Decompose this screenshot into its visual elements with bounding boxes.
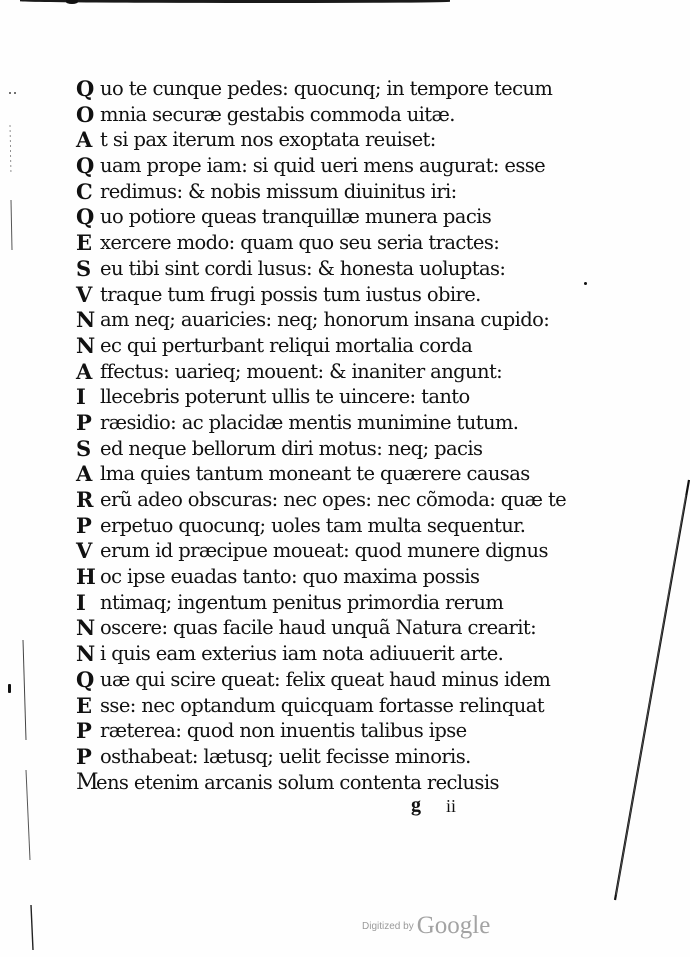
line-text: uo te cunque pedes: quocunq; in tempore …	[100, 76, 552, 102]
line-text: oscere: quas facile haud unquã Natura cr…	[100, 615, 536, 641]
text-line: Sed neque bellorum diri motus: neq; paci…	[76, 436, 596, 462]
text-line: Rerũ adeo obscuras: nec opes: nec cõmoda…	[76, 487, 596, 513]
scanned-book-page: Quo te cunque pedes: quocunq; in tempore…	[0, 0, 690, 957]
line-initial: N	[76, 333, 98, 359]
text-line: Posthabeat: lætusq; uelit fecisse minori…	[76, 744, 596, 770]
scan-speck	[8, 684, 11, 693]
line-text: ræterea: quod non inuentis talibus ipse	[100, 718, 467, 744]
line-initial: P	[76, 718, 98, 744]
line-text: eu tibi sint cordi lusus: & honesta uolu…	[100, 256, 505, 282]
line-text: lma quies tantum moneant te quærere caus…	[100, 461, 530, 487]
digitized-by-watermark: Digitized byGoogle	[362, 912, 490, 940]
line-initial: A	[76, 461, 98, 487]
line-text: osthabeat: lætusq; uelit fecisse minoris…	[100, 744, 471, 770]
line-text: ræsidio: ac placidæ mentis munimine tutu…	[100, 410, 518, 436]
line-initial: I	[76, 590, 98, 616]
line-initial: P	[76, 513, 98, 539]
line-initial: Q	[76, 667, 98, 693]
line-text: ec qui perturbant reliqui mortalia corda	[100, 333, 472, 359]
line-initial: C	[76, 179, 98, 205]
text-line: Quæ qui scire queat: felix queat haud mi…	[76, 667, 596, 693]
line-text: llecebris poterunt ullis te uincere: tan…	[100, 384, 470, 410]
text-line: Quo potiore queas tranquillæ munera paci…	[76, 204, 596, 230]
line-initial: N	[76, 641, 98, 667]
line-text: t si pax iterum nos exoptata reuiset:	[100, 127, 436, 153]
line-text: xercere modo: quam quo seu seria tractes…	[100, 230, 499, 256]
line-initial: A	[76, 127, 98, 153]
line-text: uam prope iam: si quid ueri mens augurat…	[100, 153, 545, 179]
text-line: Alma quies tantum moneant te quærere cau…	[76, 461, 596, 487]
text-line: Credimus: & nobis missum diuinitus iri:	[76, 179, 596, 205]
line-initial: Q	[76, 76, 98, 102]
text-line: Affectus: uarieq; mouent: & inaniter ang…	[76, 359, 596, 385]
line-initial: Q	[76, 204, 98, 230]
line-text: erum id præcipue moueat: quod munere dig…	[100, 538, 548, 564]
line-text: oc ipse euadas tanto: quo maxima possis	[100, 564, 479, 590]
line-initial: I	[76, 384, 98, 410]
line-text: uæ qui scire queat: felix queat haud min…	[100, 667, 550, 693]
text-line: Hoc ipse euadas tanto: quo maxima possis	[76, 564, 596, 590]
watermark-small-text: Digitized by	[362, 921, 414, 932]
text-line: Mens etenim arcanis solum contenta reclu…	[76, 770, 596, 796]
page-top-edge-ink-blot	[66, 0, 78, 4]
text-line: Quo te cunque pedes: quocunq; in tempore…	[76, 76, 596, 102]
line-initial: N	[76, 615, 98, 641]
line-initial: P	[76, 410, 98, 436]
line-initial: V	[76, 282, 98, 308]
line-initial: M	[76, 770, 98, 796]
text-line: Nec qui perturbant reliqui mortalia cord…	[76, 333, 596, 359]
text-line: Præsidio: ac placidæ mentis munimine tut…	[76, 410, 596, 436]
text-line: Vtraque tum frugi possis tum iustus obir…	[76, 282, 596, 308]
line-text: ffectus: uarieq; mouent: & inaniter angu…	[100, 359, 502, 385]
line-initial: E	[76, 230, 98, 256]
line-text: sse: nec optandum quicquam fortasse reli…	[100, 693, 544, 719]
line-text: am neq; auaricies: neq; honorum insana c…	[100, 307, 549, 333]
text-line: Nam neq; auaricies: neq; honorum insana …	[76, 307, 596, 333]
line-initial: E	[76, 693, 98, 719]
line-text: uo potiore queas tranquillæ munera pacis	[100, 204, 491, 230]
line-initial: S	[76, 256, 98, 282]
line-text: erũ adeo obscuras: nec opes: nec cõmoda:…	[100, 487, 566, 513]
line-text: i quis eam exterius iam nota adiuuerit a…	[100, 641, 503, 667]
line-text: ed neque bellorum diri motus: neq; pacis	[100, 436, 482, 462]
line-initial: Q	[76, 153, 98, 179]
text-line: Illecebris poterunt ullis te uincere: ta…	[76, 384, 596, 410]
scan-speck	[9, 92, 11, 94]
line-text: ens etenim arcanis solum contenta reclus…	[96, 770, 499, 796]
text-line: Verum id præcipue moueat: quod munere di…	[76, 538, 596, 564]
line-initial: S	[76, 436, 98, 462]
text-line: Quam prope iam: si quid ueri mens augura…	[76, 153, 596, 179]
line-text: mnia securæ gestabis commoda uitæ.	[100, 102, 455, 128]
text-line: Præterea: quod non inuentis talibus ipse	[76, 718, 596, 744]
line-initial: R	[76, 487, 98, 513]
line-text: redimus: & nobis missum diuinitus iri:	[100, 179, 457, 205]
line-text: traque tum frugi possis tum iustus obire…	[100, 282, 481, 308]
line-initial: A	[76, 359, 98, 385]
line-initial: O	[76, 102, 98, 128]
google-logo-text: Google	[417, 912, 491, 939]
text-line: Esse: nec optandum quicquam fortasse rel…	[76, 693, 596, 719]
text-line: Omnia securæ gestabis commoda uitæ.	[76, 102, 596, 128]
printer-signature-mark: g	[411, 794, 421, 817]
line-initial: V	[76, 538, 98, 564]
folio-number: ii	[446, 796, 456, 817]
page-top-edge-shadow	[20, 0, 450, 3]
text-line: Exercere modo: quam quo seu seria tracte…	[76, 230, 596, 256]
text-line: At si pax iterum nos exoptata reuiset:	[76, 127, 596, 153]
line-text: erpetuo quocunq; uoles tam multa sequent…	[100, 513, 525, 539]
poem-text-block: Quo te cunque pedes: quocunq; in tempore…	[76, 76, 596, 795]
text-line: Seu tibi sint cordi lusus: & honesta uol…	[76, 256, 596, 282]
line-initial: P	[76, 744, 98, 770]
text-line: Noscere: quas facile haud unquã Natura c…	[76, 615, 596, 641]
text-line: Perpetuo quocunq; uoles tam multa sequen…	[76, 513, 596, 539]
scan-speck	[14, 92, 16, 94]
line-text: ntimaq; ingentum penitus primordia rerum	[100, 590, 503, 616]
text-line: Ni quis eam exterius iam nota adiuuerit …	[76, 641, 596, 667]
line-initial: N	[76, 307, 98, 333]
text-line: Intimaq; ingentum penitus primordia reru…	[76, 590, 596, 616]
line-initial: H	[76, 564, 98, 590]
